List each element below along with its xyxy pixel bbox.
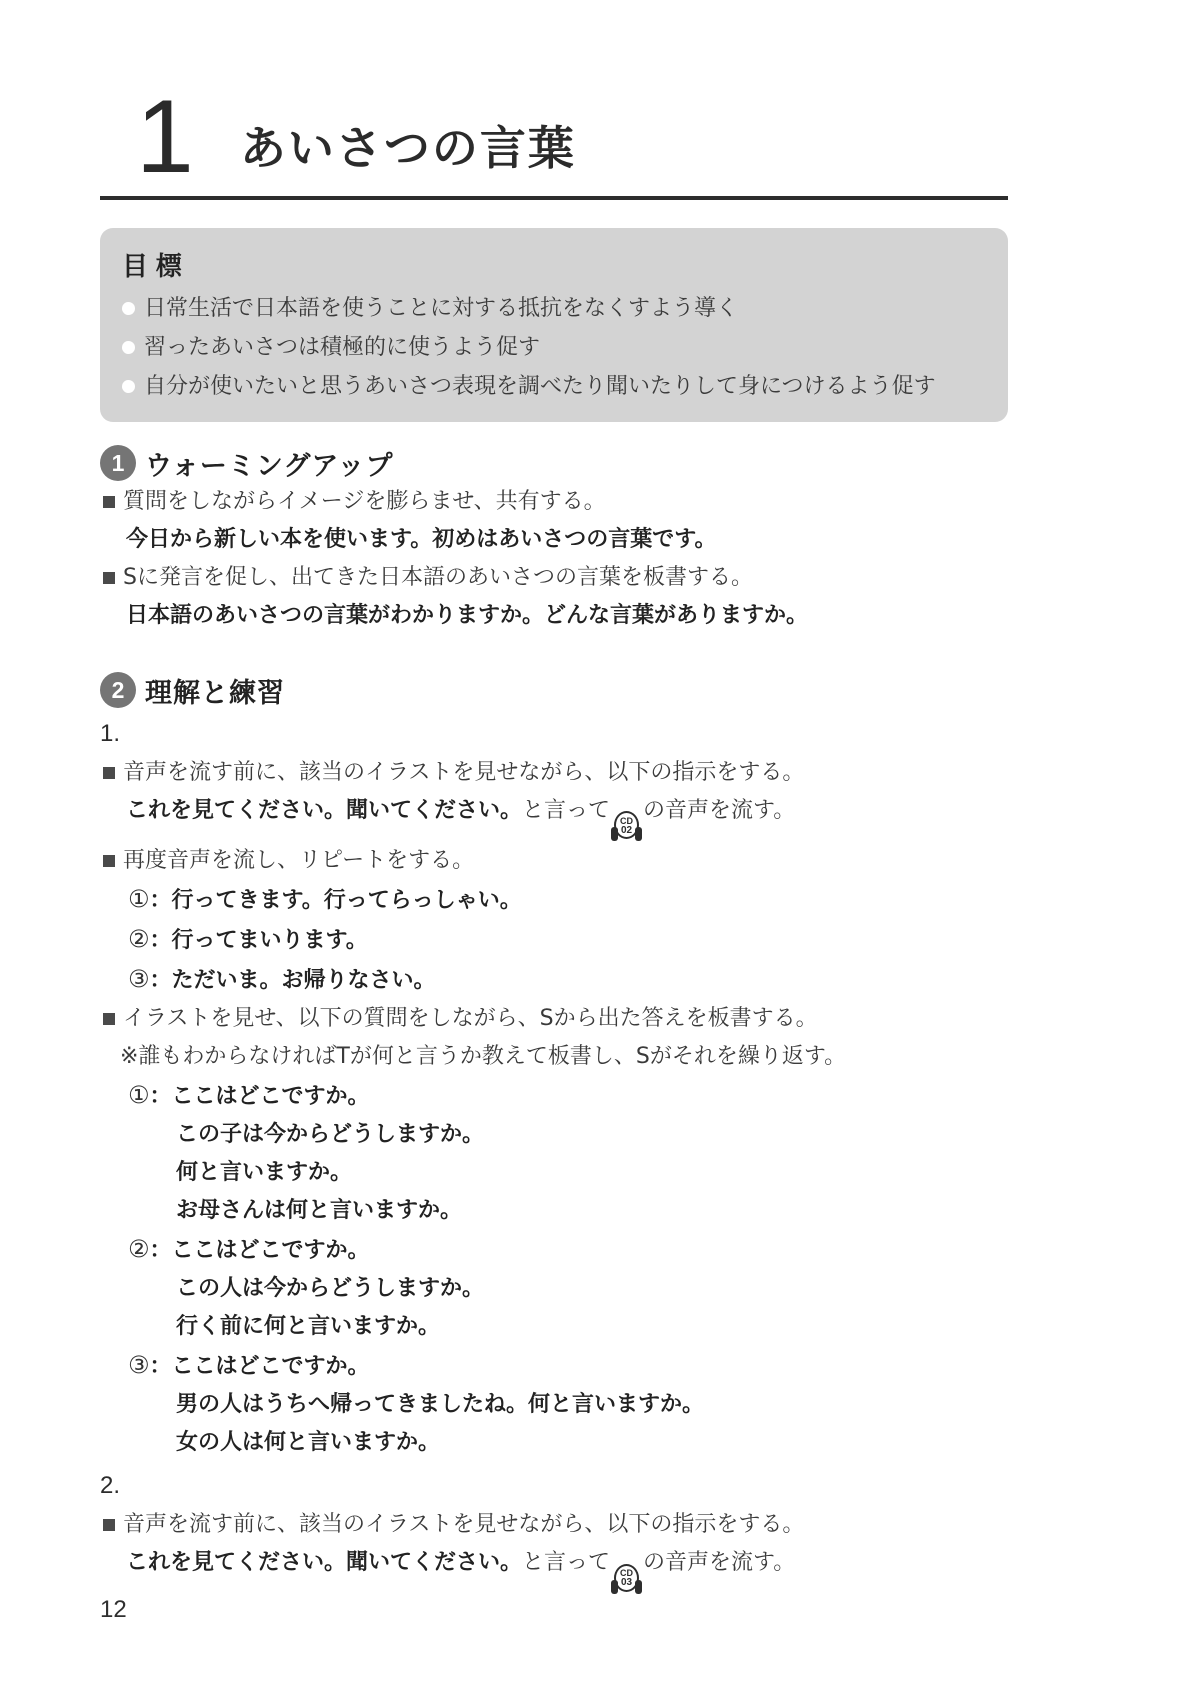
script-bold-text: これを見てください。聞いてください。 — [126, 798, 522, 823]
bullet-line: 音声を流す前に、該当のイラストを見せながら、以下の指示をする。 — [100, 1506, 1008, 1544]
question-sub-line: 男の人はうちへ帰ってきましたね。何と言いますか。 — [100, 1386, 1008, 1424]
square-bullet-icon — [103, 572, 115, 584]
teacher-script-line: 今日から新しい本を使います。初めはあいさつの言葉です。 — [100, 521, 1008, 559]
question-line-text: ：ここはどこですか。 — [150, 1354, 370, 1379]
question-line: ③：ここはどこですか。 — [100, 1346, 1008, 1386]
page-content: 1 あいさつの言葉 目標 日常生活で日本語を使うことに対する抵抗をなくすよう導く… — [100, 0, 1008, 1595]
bullet-line: 質問をしながらイメージを膨らませ、共有する。 — [100, 483, 1008, 521]
note-line: ※誰もわからなければTが何と言うか教えて板書し、Sがそれを繰り返す。 — [100, 1038, 1008, 1076]
cd-track-number: 03 — [621, 1578, 632, 1588]
script-regular-text: と言って — [522, 798, 610, 823]
teacher-script-line: 日本語のあいさつの言葉がわかりますか。どんな言葉がありますか。 — [100, 597, 1008, 635]
chapter-number: 1 — [136, 92, 194, 184]
header-rule — [100, 196, 1008, 200]
repeat-line: ②：行ってまいります。 — [100, 920, 1008, 960]
goal-item-text: 自分が使いたいと思うあいさつ表現を調べたり聞いたりして身につけるよう促す — [144, 374, 936, 400]
section-practice-header: 2 理解と練習 — [100, 671, 1008, 710]
bullet-line-text: Sに発言を促し、出てきた日本語のあいさつの言葉を板書する。 — [123, 565, 753, 590]
script-regular-text: の音声を流す。 — [643, 798, 795, 823]
bullet-line: 音声を流す前に、該当のイラストを見せながら、以下の指示をする。 — [100, 754, 1008, 792]
cd-audio-icon: CD03 — [611, 1563, 642, 1595]
repeat-line-text: ：ただいま。お帰りなさい。 — [150, 968, 436, 993]
question-line: ①：ここはどこですか。 — [100, 1076, 1008, 1116]
page-number: 12 — [100, 1596, 127, 1624]
square-bullet-icon — [103, 855, 115, 867]
circled-number-marker: ② — [128, 1235, 150, 1263]
cd-track-number: 02 — [621, 826, 632, 836]
repeat-line-text: ：行ってきます。行ってらっしゃい。 — [150, 888, 522, 913]
bullet-line-text: 質問をしながらイメージを膨らませ、共有する。 — [123, 489, 606, 514]
practice-item-number: 2. — [100, 1466, 1008, 1506]
goal-box: 目標 日常生活で日本語を使うことに対する抵抗をなくすよう導く 習ったあいさつは積… — [100, 228, 1008, 422]
bullet-line: イラストを見せ、以下の質問をしながら、Sから出た答えを板書する。 — [100, 1000, 1008, 1038]
question-line: ②：ここはどこですか。 — [100, 1230, 1008, 1270]
bullet-line-text: 音声を流す前に、該当のイラストを見せながら、以下の指示をする。 — [123, 1512, 804, 1537]
square-bullet-icon — [103, 767, 115, 779]
circled-number-marker: ① — [128, 885, 150, 913]
goal-item-text: 日常生活で日本語を使うことに対する抵抗をなくすよう導く — [144, 296, 738, 322]
bullet-line: Sに発言を促し、出てきた日本語のあいさつの言葉を板書する。 — [100, 559, 1008, 597]
practice-item-number: 1. — [100, 714, 1008, 754]
goal-item: 自分が使いたいと思うあいさつ表現を調べたり聞いたりして身につけるよう促す — [122, 374, 984, 400]
script-bold-text: これを見てください。聞いてください。 — [126, 1550, 522, 1575]
script-regular-text: と言って — [522, 1550, 610, 1575]
circled-number-marker: ① — [128, 1081, 150, 1109]
teacher-script-line: これを見てください。聞いてください。と言ってCD03の音声を流す。 — [100, 1544, 1008, 1595]
headphone-ear-icon — [635, 1580, 642, 1594]
script-regular-text: の音声を流す。 — [643, 1550, 795, 1575]
bullet-line-text: イラストを見せ、以下の質問をしながら、Sから出た答えを板書する。 — [123, 1006, 818, 1031]
square-bullet-icon — [103, 496, 115, 508]
headphone-ear-icon — [611, 827, 618, 841]
headphone-ear-icon — [635, 827, 642, 841]
repeat-line: ③：ただいま。お帰りなさい。 — [100, 960, 1008, 1000]
circled-number-marker: ③ — [128, 1351, 150, 1379]
question-sub-line: 女の人は何と言いますか。 — [100, 1424, 1008, 1462]
goal-bullet-icon — [122, 380, 135, 393]
question-sub-line: この子は今からどうしますか。 — [100, 1116, 1008, 1154]
section-number-badge: 2 — [100, 672, 136, 708]
goal-item: 習ったあいさつは積極的に使うよう促す — [122, 335, 984, 361]
chapter-header: 1 あいさつの言葉 — [100, 92, 1008, 184]
chapter-title: あいさつの言葉 — [240, 112, 576, 184]
teachers-guide-page: 1 あいさつの言葉 目標 日常生活で日本語を使うことに対する抵抗をなくすよう導く… — [0, 0, 1200, 1693]
cd-audio-icon: CD02 — [611, 810, 642, 842]
repeat-line: ①：行ってきます。行ってらっしゃい。 — [100, 880, 1008, 920]
question-line-text: ：ここはどこですか。 — [150, 1238, 370, 1263]
goal-item-text: 習ったあいさつは積極的に使うよう促す — [144, 335, 540, 361]
goal-bullet-icon — [122, 341, 135, 354]
question-sub-line: お母さんは何と言いますか。 — [100, 1192, 1008, 1230]
headphone-ear-icon — [611, 1580, 618, 1594]
question-line-text: ：ここはどこですか。 — [150, 1084, 370, 1109]
circled-number-marker: ② — [128, 925, 150, 953]
question-sub-line: 行く前に何と言いますか。 — [100, 1308, 1008, 1346]
bullet-line: 再度音声を流し、リピートをする。 — [100, 842, 1008, 880]
bullet-line-text: 音声を流す前に、該当のイラストを見せながら、以下の指示をする。 — [123, 760, 804, 785]
section-number-badge: 1 — [100, 445, 136, 481]
goal-bullet-icon — [122, 302, 135, 315]
question-sub-line: 何と言いますか。 — [100, 1154, 1008, 1192]
section-title: 理解と練習 — [145, 671, 285, 710]
question-sub-line: この人は今からどうしますか。 — [100, 1270, 1008, 1308]
circled-number-marker: ③ — [128, 965, 150, 993]
goal-item: 日常生活で日本語を使うことに対する抵抗をなくすよう導く — [122, 296, 984, 322]
repeat-line-text: ：行ってまいります。 — [150, 928, 368, 953]
square-bullet-icon — [103, 1519, 115, 1531]
section-warmup-header: 1 ウォーミングアップ — [100, 444, 1008, 483]
bullet-line-text: 再度音声を流し、リピートをする。 — [123, 848, 474, 873]
section-title: ウォーミングアップ — [145, 444, 394, 483]
goal-box-title: 目標 — [122, 246, 984, 283]
square-bullet-icon — [103, 1013, 115, 1025]
teacher-script-line: これを見てください。聞いてください。と言ってCD02の音声を流す。 — [100, 792, 1008, 843]
